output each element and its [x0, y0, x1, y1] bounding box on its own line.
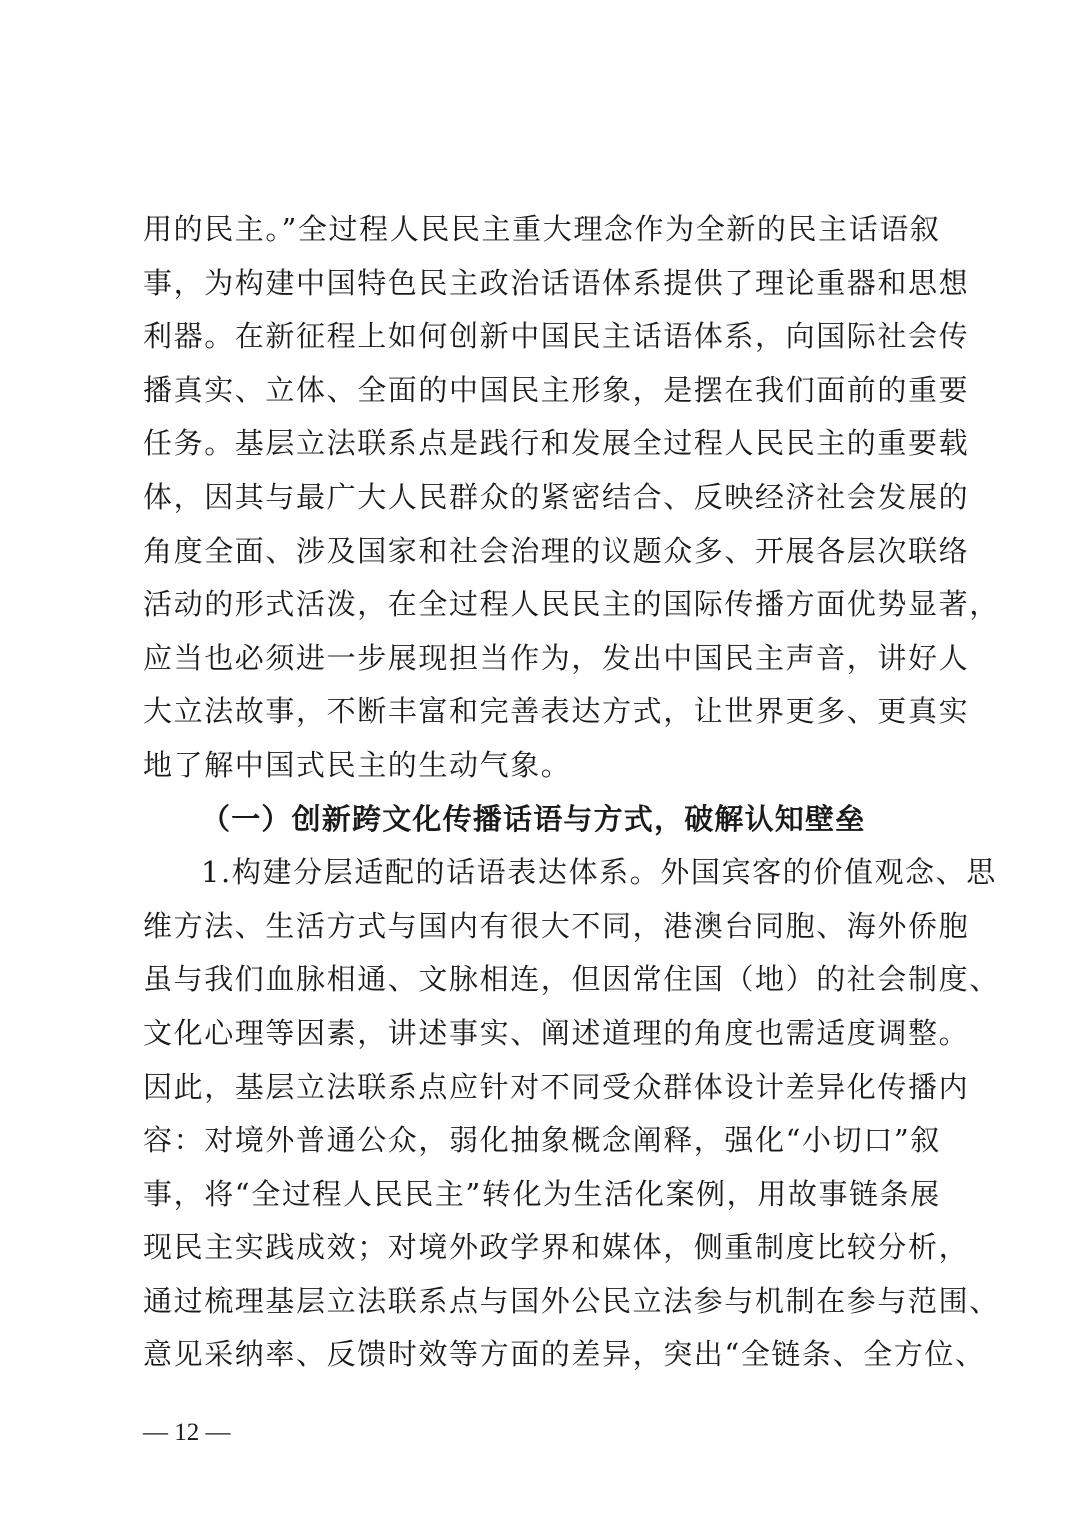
subsection-line: 因此，基层立法联系点应针对不同受众群体设计差异化传播内 — [143, 1061, 943, 1115]
subsection-line: 容：对境外普通公众，弱化抽象概念阐释，强化“小切口”叙 — [143, 1114, 943, 1168]
subsection-line: 意见采纳率、反馈时效等方面的差异，突出“全链条、全方位、 — [143, 1328, 943, 1382]
paragraph-line: 体，因其与最广大人民群众的紧密结合、反映经济社会发展的 — [143, 471, 943, 525]
subsection-line: 通过梳理基层立法联系点与国外公民立法参与机制在参与范围、 — [143, 1275, 943, 1329]
paragraph-line: 事，为构建中国特色民主政治话语体系提供了理论重器和思想 — [143, 257, 943, 311]
subsection-line: 维方法、生活方式与国内有很大不同，港澳台同胞、海外侨胞 — [143, 900, 943, 954]
page-number: — 12 — — [143, 1418, 231, 1448]
paragraph-line: 角度全面、涉及国家和社会治理的议题众多、开展各层次联络 — [143, 525, 943, 579]
document-page: 用的民主。”全过程人民民主重大理念作为全新的民主话语叙 事，为构建中国特色民主政… — [0, 0, 1074, 1520]
subsection-line: 事，将“全过程人民民主”转化为生活化案例，用故事链条展 — [143, 1168, 943, 1222]
paragraph-line: 大立法故事，不断丰富和完善表达方式，让世界更多、更真实 — [143, 685, 943, 739]
subsection-line: 虽与我们血脉相通、文脉相连，但因常住国（地）的社会制度、 — [143, 953, 943, 1007]
paragraph-line: 用的民主。”全过程人民民主重大理念作为全新的民主话语叙 — [143, 203, 943, 257]
body-text: 用的民主。”全过程人民民主重大理念作为全新的民主话语叙 事，为构建中国特色民主政… — [143, 203, 943, 1382]
paragraph-line: 活动的形式活泼，在全过程人民民主的国际传播方面优势显著， — [143, 578, 943, 632]
paragraph-line: 利器。在新征程上如何创新中国民主话语体系，向国际社会传 — [143, 310, 943, 364]
paragraph-line: 地了解中国式民主的生动气象。 — [143, 739, 943, 793]
paragraph-line: 应当也必须进一步展现担当作为，发出中国民主声音，讲好人 — [143, 632, 943, 686]
subsection-line: 1.构建分层适配的话语表达体系。外国宾客的价值观念、思 — [143, 846, 943, 900]
subsection-line: 文化心理等因素，讲述事实、阐述道理的角度也需适度调整。 — [143, 1007, 943, 1061]
paragraph-line: 播真实、立体、全面的中国民主形象，是摆在我们面前的重要 — [143, 364, 943, 418]
section-heading: （一）创新跨文化传播话语与方式，破解认知壁垒 — [143, 793, 943, 847]
subsection-line: 现民主实践成效；对境外政学界和媒体，侧重制度比较分析， — [143, 1221, 943, 1275]
paragraph-line: 任务。基层立法联系点是践行和发展全过程人民民主的重要载 — [143, 417, 943, 471]
